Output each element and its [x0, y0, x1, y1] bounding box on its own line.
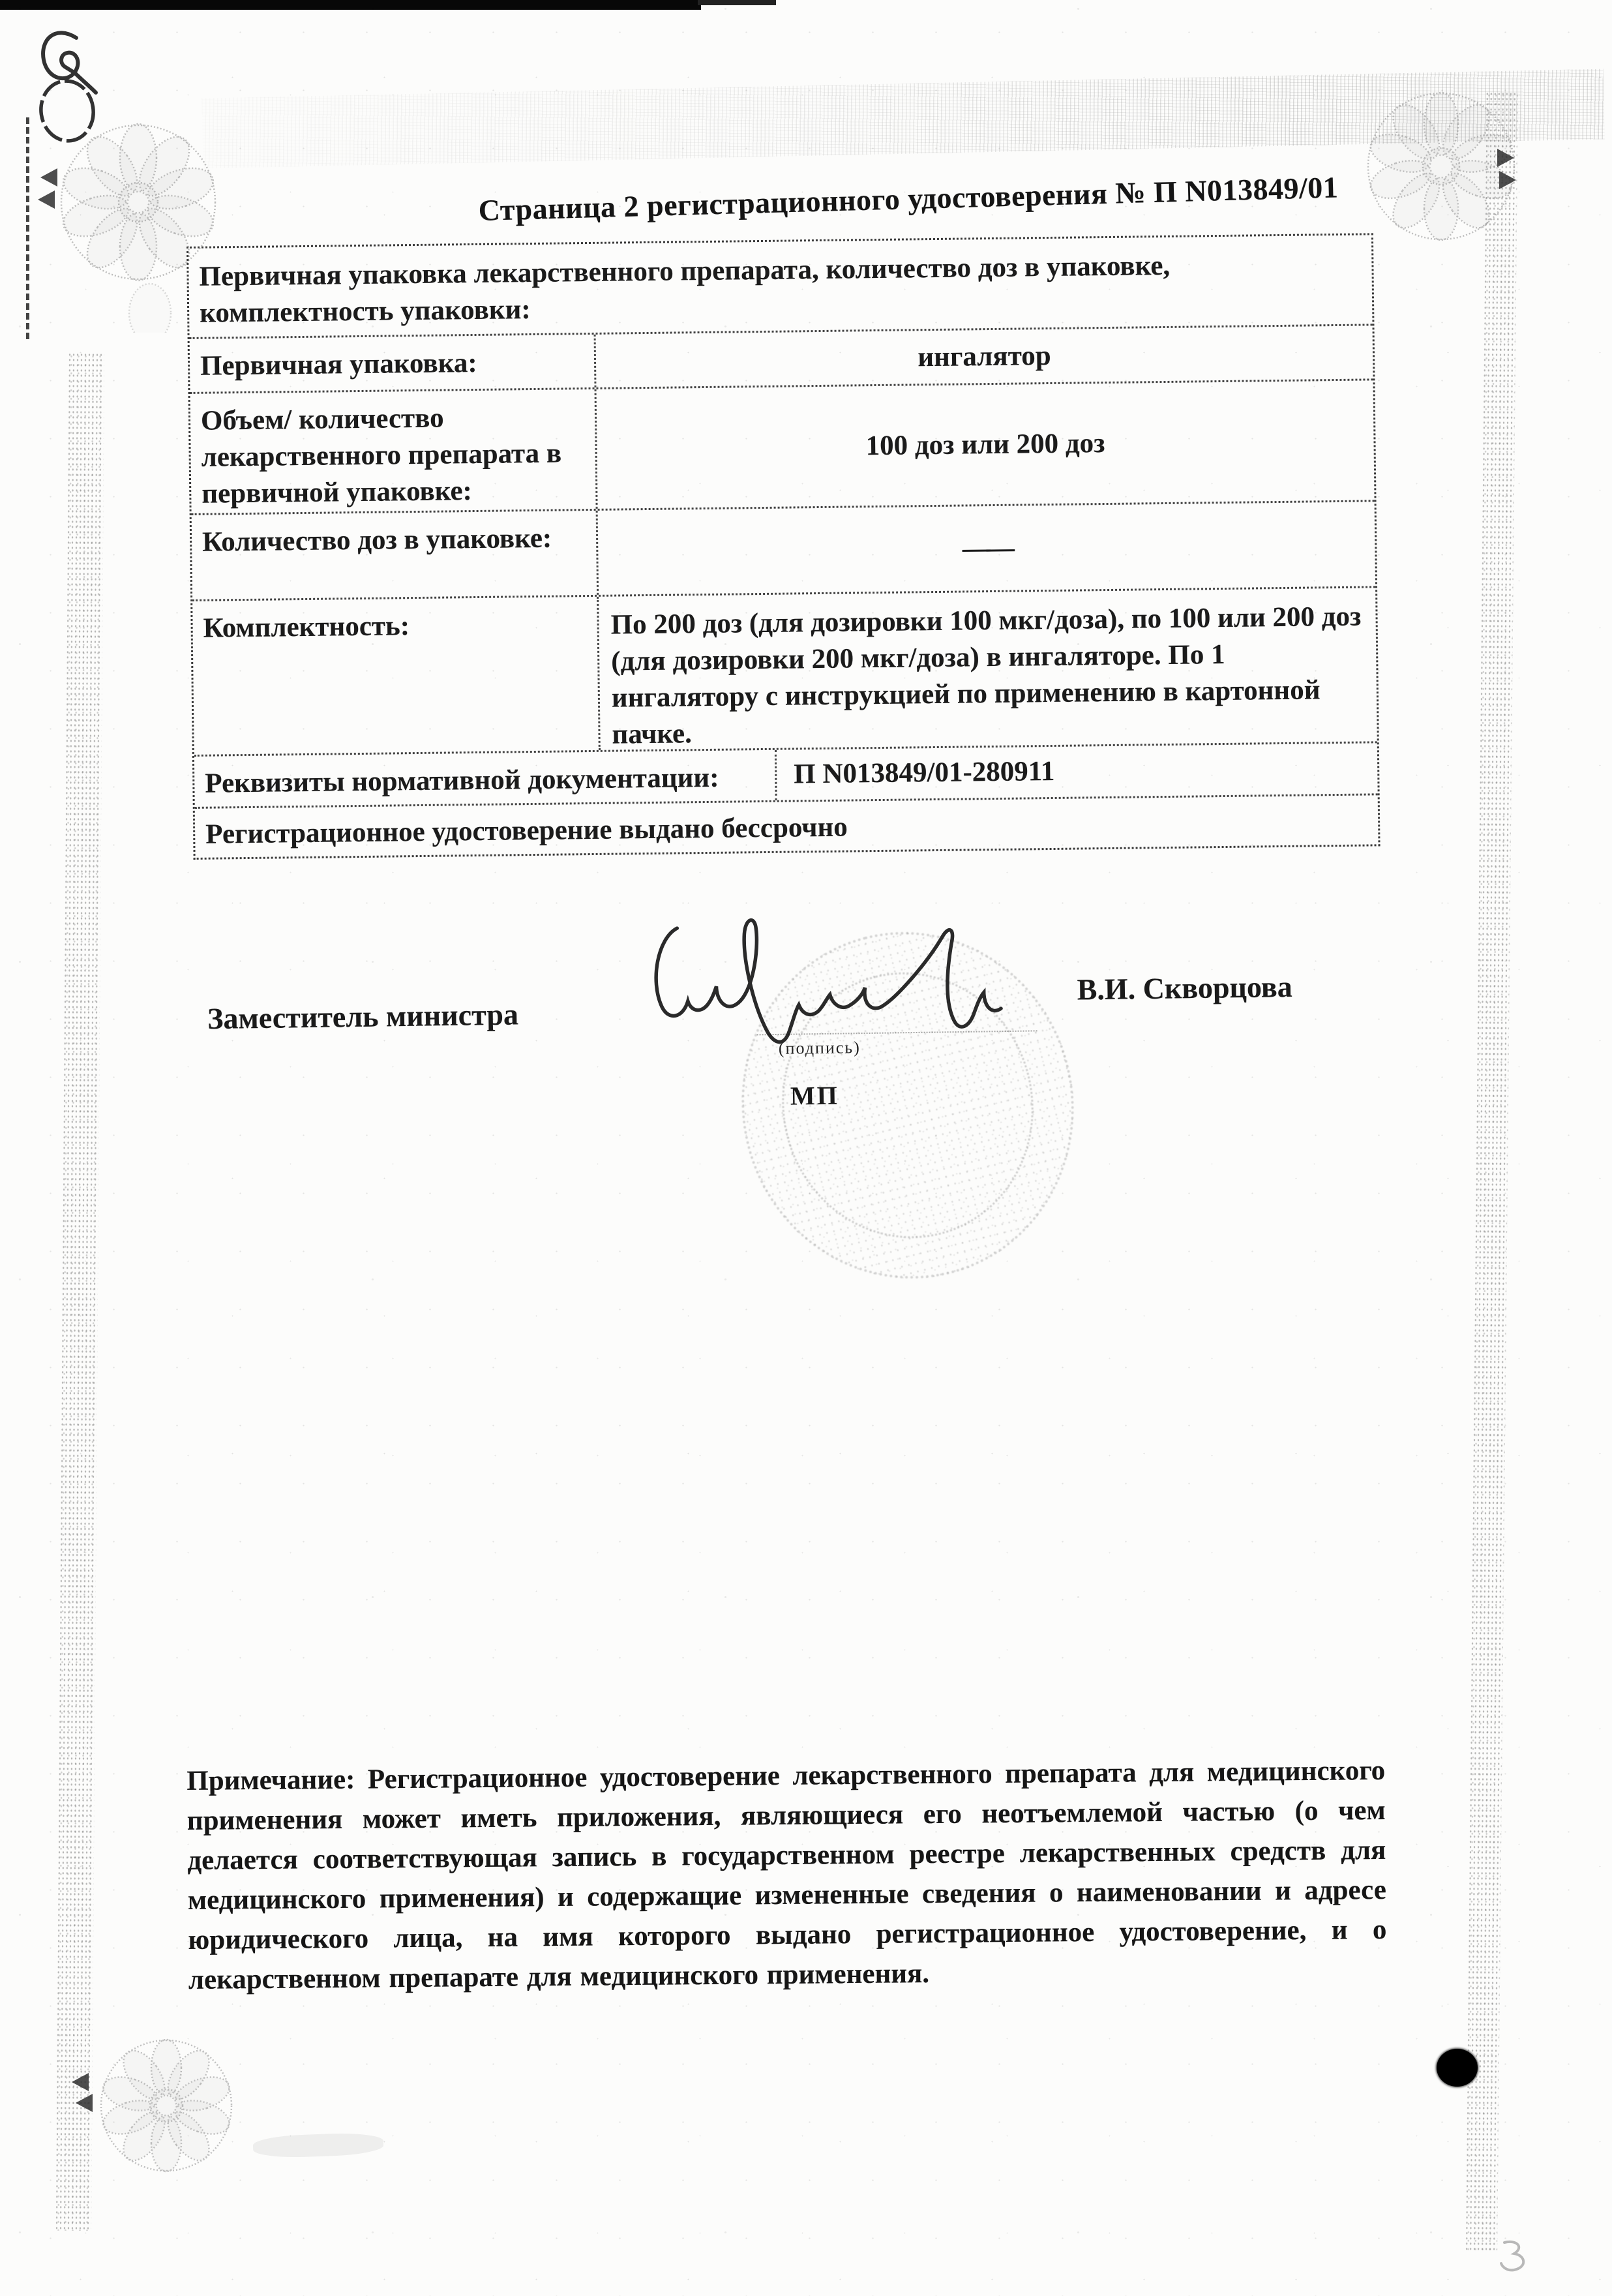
row-value: П N013849/01-280911	[775, 743, 1378, 800]
table-row-volume: Объем/ количество лекарственного препара…	[190, 378, 1375, 513]
signatory-role-label: Заместитель министра	[207, 997, 518, 1036]
table-row-doses-per-pack: Количество доз в упаковке: ——	[192, 500, 1375, 599]
table-row-intro: Первичная упаковка лекарственного препар…	[188, 235, 1372, 337]
row-label: Объем/ количество лекарственного препара…	[190, 389, 596, 513]
handwritten-mark-bottom-right	[1495, 2236, 1534, 2275]
row-value: ——	[596, 502, 1375, 595]
ornament-chevron-icon	[1497, 149, 1514, 167]
note-text: Регистрационное удостоверение лекарствен…	[187, 1755, 1387, 1995]
ornament-chevron-icon	[1499, 171, 1516, 189]
note-paragraph: Примечание: Регистрационное удостоверени…	[187, 1751, 1387, 2000]
scan-artifact-left-edge	[26, 117, 29, 339]
row-label: Комплектность:	[192, 597, 599, 755]
note-label: Примечание:	[187, 1764, 355, 1796]
row-label: Количество доз в упаковке:	[192, 511, 597, 599]
table-intro-text: Первичная упаковка лекарственного препар…	[188, 235, 1372, 337]
row-label: Первичная упаковка:	[190, 335, 595, 392]
ornament-chevron-icon	[38, 190, 55, 209]
ornament-chevron-icon	[76, 2094, 93, 2112]
guilloche-band-right	[1465, 91, 1518, 2250]
ornament-chevron-icon	[40, 168, 57, 187]
guilloche-band-left	[55, 352, 104, 2231]
scan-smudge	[252, 2132, 383, 2159]
scan-artifact-top-bar	[0, 0, 701, 10]
row-value: ингалятор	[594, 325, 1373, 387]
validity-term: бессрочно	[721, 812, 848, 844]
rosette-ornament-bottom-left	[95, 2032, 238, 2182]
row-value: По 200 доз (для дозировки 100 мкг/доза),…	[597, 588, 1377, 750]
signatory-name: В.И. Скворцова	[1077, 969, 1292, 1007]
validity-prefix: Регистрационное удостоверение выдано	[205, 813, 715, 850]
stamp-seal	[705, 896, 1111, 1314]
table-row-completeness: Комплектность: По 200 доз (для дозировки…	[192, 586, 1377, 755]
scan-artifact-top-bar-thin	[698, 0, 776, 5]
scanned-certificate-page: Страница 2 регистрационного удостоверени…	[0, 0, 1612, 2296]
row-label: Реквизиты нормативной документации:	[194, 750, 775, 807]
row-value: 100 доз или 200 доз	[595, 380, 1375, 509]
page-title: Страница 2 регистрационного удостоверени…	[478, 170, 1339, 228]
ornament-chevron-icon	[72, 2073, 89, 2091]
hole-punch-dot	[1437, 2049, 1478, 2087]
registration-table: Первичная упаковка лекарственного препар…	[187, 233, 1381, 860]
